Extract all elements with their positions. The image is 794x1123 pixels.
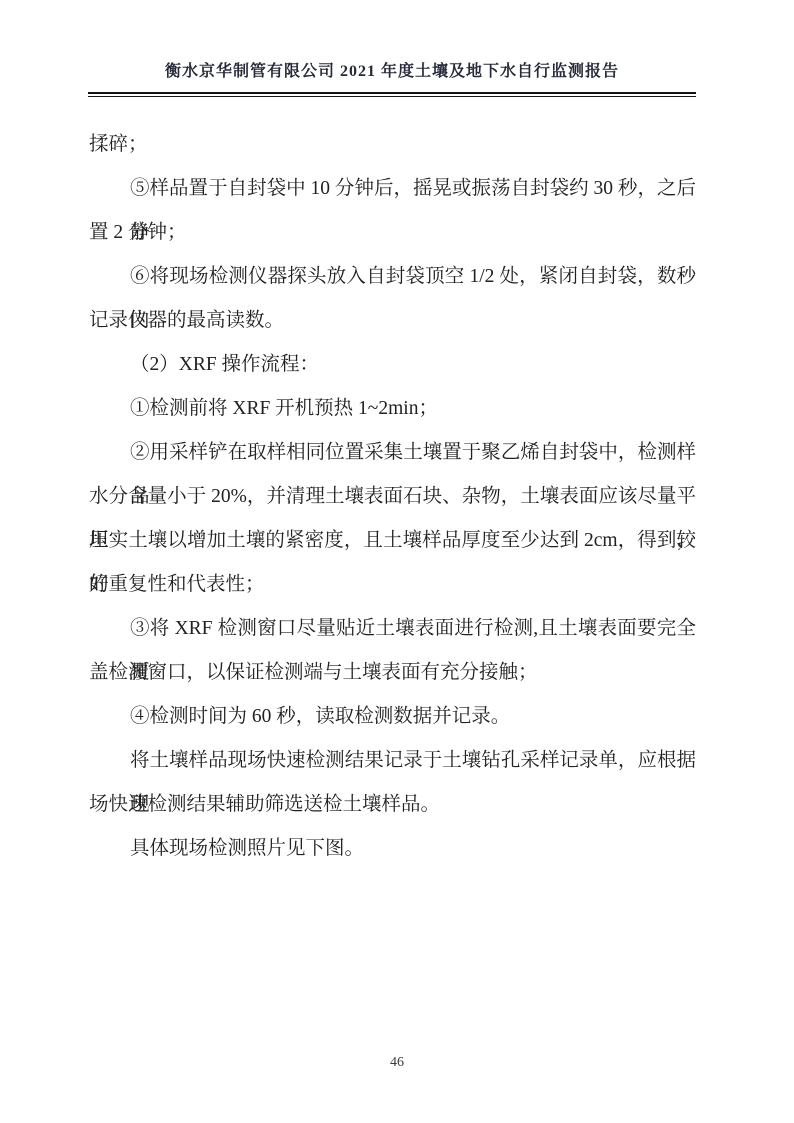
text-line: 的重复性和代表性； xyxy=(89,563,696,607)
page-number: 46 xyxy=(390,1055,404,1070)
text-line: 揉碎； xyxy=(89,123,696,167)
document-body: 揉碎；⑤样品置于自封袋中 10 分钟后，摇晃或振荡自封袋约 30 秒，之后静置 … xyxy=(89,123,696,871)
text-line: 记录仪器的最高读数。 xyxy=(89,299,696,343)
text-line: 置 2 分钟； xyxy=(89,211,696,255)
text-line: ②用采样铲在取样相同位置采集土壤置于聚乙烯自封袋中，检测样品 xyxy=(89,431,696,475)
text-line: （2）XRF 操作流程： xyxy=(89,343,696,387)
text-line: ⑥将现场检测仪器探头放入自封袋顶空 1/2 处，紧闭自封袋，数秒内 xyxy=(89,255,696,299)
text-line: ④检测时间为 60 秒，读取检测数据并记录。 xyxy=(89,695,696,739)
header-title: 衡水京华制管有限公司 2021 年度土壤及地下水自行监测报告 xyxy=(88,58,696,81)
header-rule-thick xyxy=(88,92,696,94)
page-footer: 46 xyxy=(0,1053,794,1071)
text-line: ③将 XRF 检测窗口尽量贴近土壤表面进行检测,且土壤表面要完全覆 xyxy=(89,607,696,651)
header-rule-thin xyxy=(88,96,696,97)
text-line: 将土壤样品现场快速检测结果记录于土壤钻孔采样记录单，应根据现 xyxy=(89,739,696,783)
text-line: 盖检测窗口，以保证检测端与土壤表面有充分接触； xyxy=(89,651,696,695)
text-line: ⑤样品置于自封袋中 10 分钟后，摇晃或振荡自封袋约 30 秒，之后静 xyxy=(89,167,696,211)
page-header: 衡水京华制管有限公司 2021 年度土壤及地下水自行监测报告 xyxy=(88,58,696,97)
text-line: 水分含量小于 20%，并清理土壤表面石块、杂物，土壤表面应该尽量平坦， xyxy=(89,475,696,519)
text-line: ①检测前将 XRF 开机预热 1~2min； xyxy=(89,387,696,431)
text-line: 具体现场检测照片见下图。 xyxy=(89,827,696,871)
text-line: 场快速检测结果辅助筛选送检土壤样品。 xyxy=(89,783,696,827)
text-line: 压实土壤以增加土壤的紧密度，且土壤样品厚度至少达到 2cm，得到较好 xyxy=(89,519,696,563)
document-page: 衡水京华制管有限公司 2021 年度土壤及地下水自行监测报告 揉碎；⑤样品置于自… xyxy=(0,0,794,1123)
